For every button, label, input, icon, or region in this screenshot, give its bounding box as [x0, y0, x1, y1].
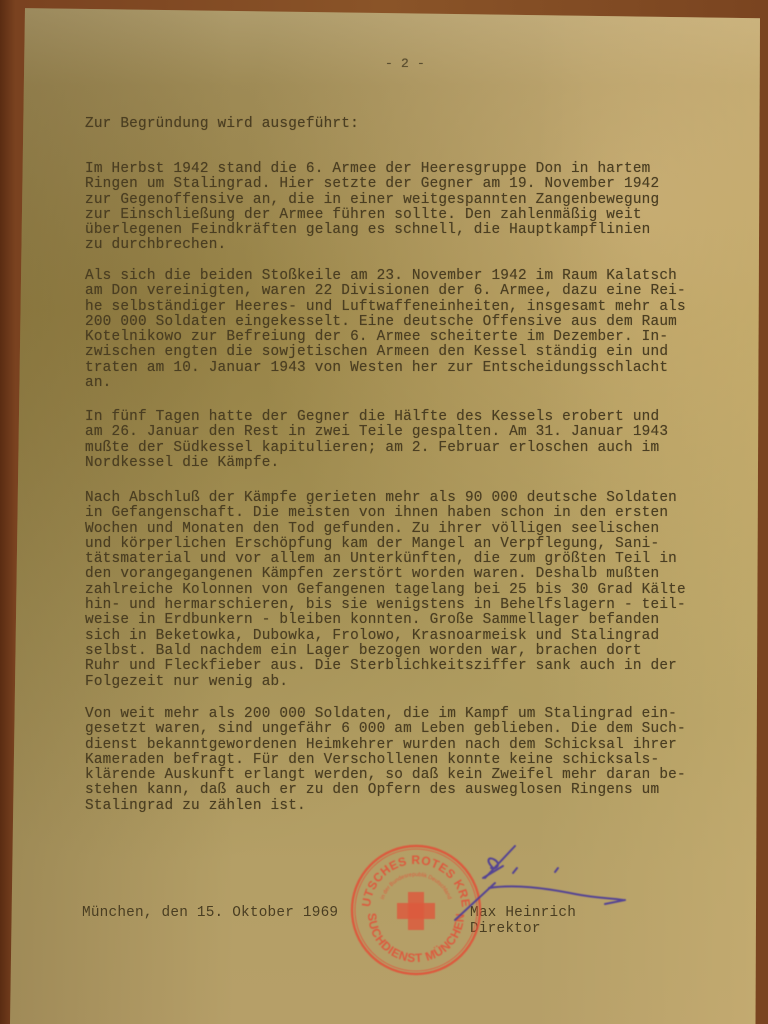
paragraph-encirclement: Als sich die beiden Stoßkeile am 23. Nov… [85, 269, 686, 391]
red-cross-icon [397, 892, 435, 930]
page-number: - 2 - [85, 56, 725, 71]
place-date: München, den 15. Oktober 1969 [82, 905, 338, 921]
paragraph-survivors: Von weit mehr als 200 000 Soldaten, die … [85, 707, 686, 814]
paragraph-capitulation: In fünf Tagen hatte der Gegner die Hälft… [85, 410, 668, 471]
intro-line: Zur Begründung wird ausgeführt: [85, 117, 359, 132]
handwritten-signature [445, 838, 635, 938]
paragraph-autumn-1942: Im Herbst 1942 stand die 6. Armee der He… [85, 162, 659, 254]
paragraph-captivity: Nach Abschluß der Kämpfe gerieten mehr a… [85, 491, 686, 690]
